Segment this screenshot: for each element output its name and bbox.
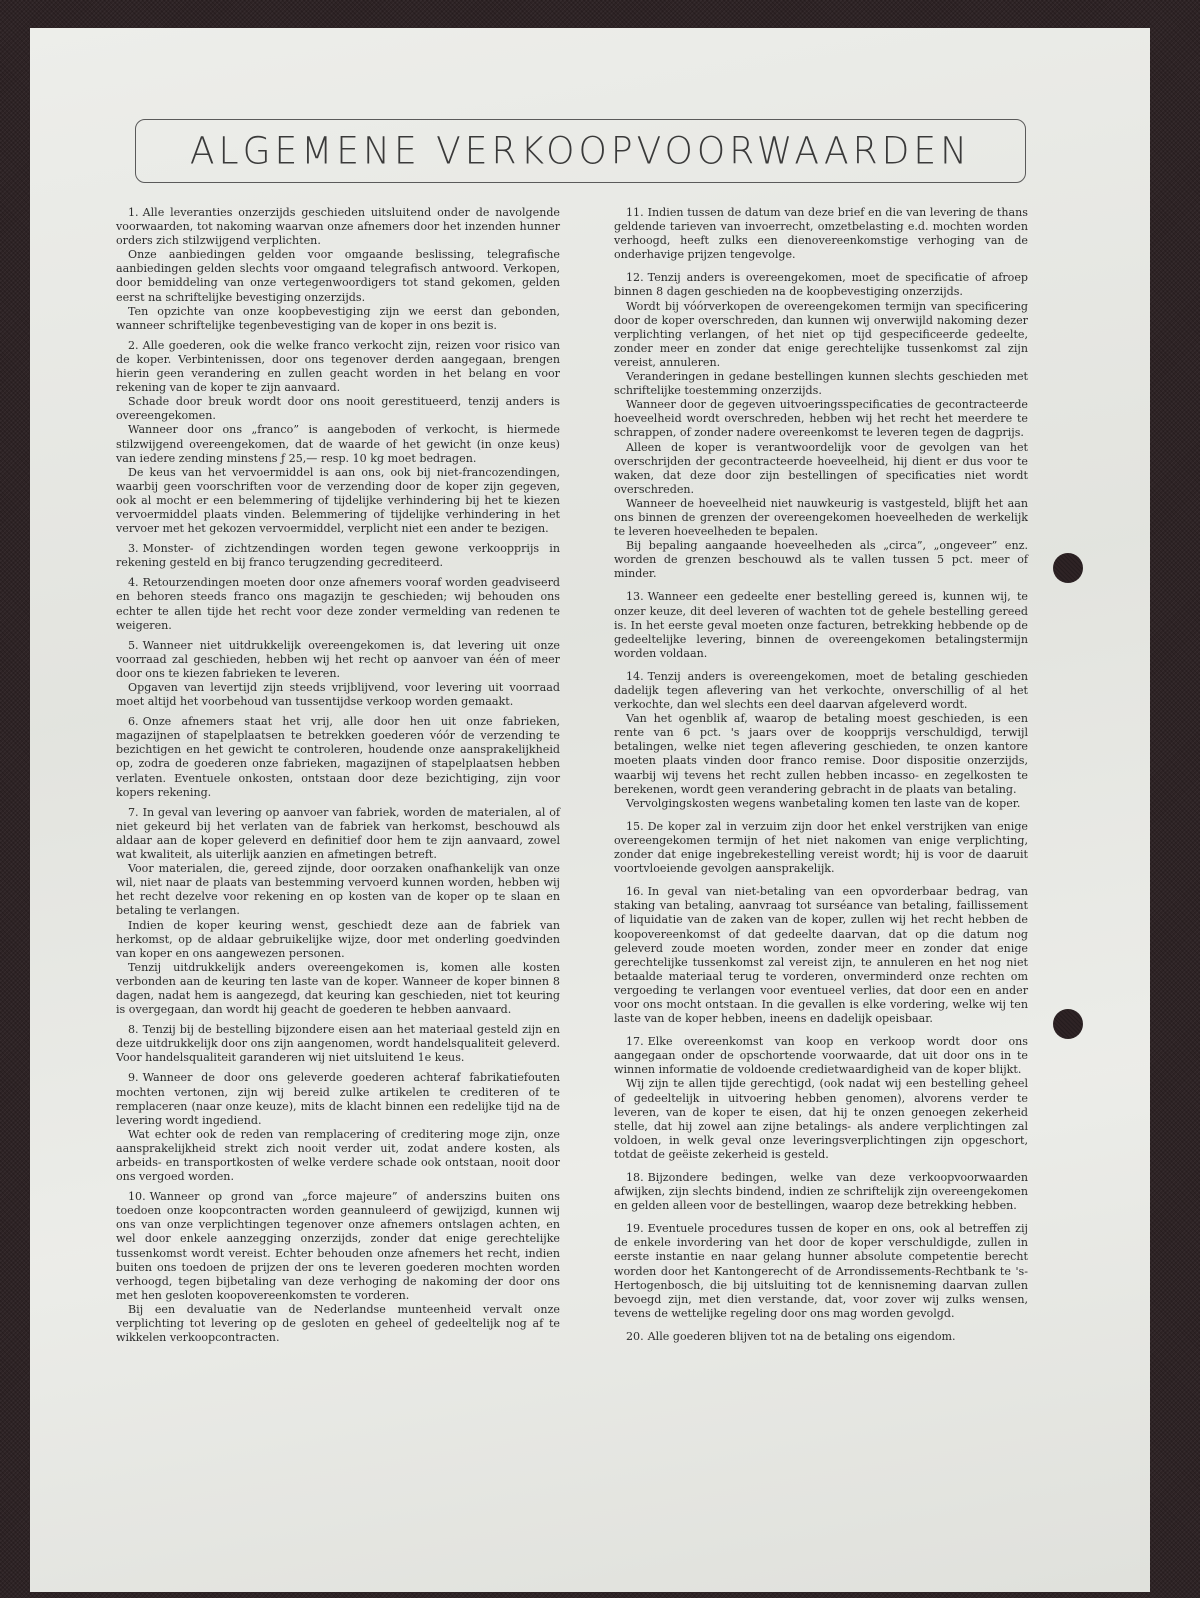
article-3: 3.Monster- of zichtzendingen worden tege… — [116, 542, 560, 570]
article-number: 2. — [128, 339, 139, 352]
article-11: 11.Indien tussen de datum van deze brief… — [614, 206, 1028, 262]
article-number: 8. — [128, 1023, 139, 1036]
article-number: 15. — [626, 820, 644, 833]
page-title: ALGEMENE VERKOOPVOORWAARDEN — [190, 129, 971, 172]
article-paragraph: 3.Monster- of zichtzendingen worden tege… — [116, 542, 560, 570]
article-paragraph: Bij bepaling aangaande hoeveelheden als … — [614, 539, 1028, 581]
article-paragraph: 14.Tenzij anders is overeengekomen, moet… — [614, 670, 1028, 712]
article-20: 20.Alle goederen blijven tot na de betal… — [614, 1330, 1028, 1344]
title-frame: ALGEMENE VERKOOPVOORWAARDEN — [135, 119, 1026, 183]
article-number: 1. — [128, 206, 139, 219]
article-7: 7.In geval van levering op aanvoer van f… — [116, 806, 560, 1017]
punch-hole — [1053, 1009, 1083, 1039]
article-paragraph: 8.Tenzij bij de bestelling bijzondere ei… — [116, 1023, 560, 1065]
article-number: 13. — [626, 590, 644, 603]
article-14: 14.Tenzij anders is overeengekomen, moet… — [614, 670, 1028, 811]
article-paragraph: 13.Wanneer een gedeelte ener bestelling … — [614, 590, 1028, 660]
article-paragraph: Wanneer door ons „franco” is aangeboden … — [116, 423, 560, 465]
article-17: 17.Elke overeenkomst van koop en verkoop… — [614, 1035, 1028, 1162]
article-paragraph: De keus van het vervoermiddel is aan ons… — [116, 466, 560, 536]
article-18: 18.Bijzondere bedingen, welke van deze v… — [614, 1171, 1028, 1213]
article-19: 19.Eventuele procedures tussen de koper … — [614, 1222, 1028, 1321]
article-number: 9. — [128, 1071, 139, 1084]
article-2: 2.Alle goederen, ook die welke franco ve… — [116, 339, 560, 536]
left-column: 1.Alle leveranties onzerzijds geschieden… — [116, 206, 560, 1351]
article-paragraph: 20.Alle goederen blijven tot na de betal… — [614, 1330, 1028, 1344]
article-9: 9.Wanneer de door ons geleverde goederen… — [116, 1071, 560, 1184]
article-paragraph: Tenzij uitdrukkelijk anders overeengekom… — [116, 961, 560, 1017]
article-paragraph: Wordt bij vóórverkopen de overeengekomen… — [614, 300, 1028, 370]
article-number: 5. — [128, 639, 139, 652]
article-paragraph: 18.Bijzondere bedingen, welke van deze v… — [614, 1171, 1028, 1213]
article-paragraph: 7.In geval van levering op aanvoer van f… — [116, 806, 560, 862]
article-10: 10.Wanneer op grond van „force majeure” … — [116, 1190, 560, 1345]
article-number: 10. — [128, 1190, 146, 1203]
article-16: 16.In geval van niet-betaling van een op… — [614, 885, 1028, 1026]
article-number: 12. — [626, 271, 644, 284]
article-paragraph: Veranderingen in gedane bestellingen kun… — [614, 370, 1028, 398]
article-paragraph: Alleen de koper is verantwoordelijk voor… — [614, 441, 1028, 497]
article-paragraph: Wij zijn te allen tijde gerechtigd, (ook… — [614, 1077, 1028, 1162]
article-4: 4.Retourzendingen moeten door onze afnem… — [116, 576, 560, 632]
article-paragraph: 9.Wanneer de door ons geleverde goederen… — [116, 1071, 560, 1127]
article-1: 1.Alle leveranties onzerzijds geschieden… — [116, 206, 560, 333]
article-paragraph: Bij een devaluatie van de Nederlandse mu… — [116, 1303, 560, 1345]
article-paragraph: 10.Wanneer op grond van „force majeure” … — [116, 1190, 560, 1303]
article-number: 16. — [626, 885, 644, 898]
article-number: 18. — [626, 1171, 644, 1184]
article-paragraph: Voor materialen, die, gereed zijnde, doo… — [116, 862, 560, 918]
article-paragraph: Opgaven van levertijd zijn steeds vrijbl… — [116, 681, 560, 709]
article-13: 13.Wanneer een gedeelte ener bestelling … — [614, 590, 1028, 660]
article-6: 6.Onze afnemers staat het vrij, alle doo… — [116, 715, 560, 800]
article-15: 15.De koper zal in verzuim zijn door het… — [614, 820, 1028, 876]
article-number: 19. — [626, 1222, 644, 1235]
article-paragraph: 2.Alle goederen, ook die welke franco ve… — [116, 339, 560, 395]
article-paragraph: 11.Indien tussen de datum van deze brief… — [614, 206, 1028, 262]
article-number: 4. — [128, 576, 139, 589]
article-number: 7. — [128, 806, 139, 819]
article-paragraph: 16.In geval van niet-betaling van een op… — [614, 885, 1028, 1026]
article-paragraph: Ten opzichte van onze koopbevestiging zi… — [116, 305, 560, 333]
article-number: 17. — [626, 1035, 644, 1048]
article-number: 20. — [626, 1330, 644, 1343]
article-12: 12.Tenzij anders is overeengekomen, moet… — [614, 271, 1028, 581]
article-paragraph: 12.Tenzij anders is overeengekomen, moet… — [614, 271, 1028, 299]
article-paragraph: 15.De koper zal in verzuim zijn door het… — [614, 820, 1028, 876]
article-paragraph: 1.Alle leveranties onzerzijds geschieden… — [116, 206, 560, 248]
right-column: 11.Indien tussen de datum van deze brief… — [614, 206, 1028, 1353]
article-number: 3. — [128, 542, 139, 555]
article-number: 6. — [128, 715, 139, 728]
article-paragraph: 6.Onze afnemers staat het vrij, alle doo… — [116, 715, 560, 800]
article-paragraph: Wanneer door de gegeven uitvoeringsspeci… — [614, 398, 1028, 440]
article-paragraph: Van het ogenblik af, waarop de betaling … — [614, 712, 1028, 797]
article-paragraph: Indien de koper keuring wenst, geschiedt… — [116, 919, 560, 961]
punch-hole — [1053, 553, 1083, 583]
article-paragraph: Wanneer de hoeveelheid niet nauwkeurig i… — [614, 497, 1028, 539]
article-paragraph: Onze aanbiedingen gelden voor omgaande b… — [116, 248, 560, 304]
article-paragraph: Vervolgingskosten wegens wanbetaling kom… — [614, 797, 1028, 811]
article-8: 8.Tenzij bij de bestelling bijzondere ei… — [116, 1023, 560, 1065]
article-paragraph: 19.Eventuele procedures tussen de koper … — [614, 1222, 1028, 1321]
article-paragraph: Wat echter ook de reden van remplacering… — [116, 1128, 560, 1184]
article-paragraph: 5.Wanneer niet uitdrukkelijk overeengeko… — [116, 639, 560, 681]
article-paragraph: Schade door breuk wordt door ons nooit g… — [116, 395, 560, 423]
article-number: 11. — [626, 206, 644, 219]
article-5: 5.Wanneer niet uitdrukkelijk overeengeko… — [116, 639, 560, 709]
article-paragraph: 17.Elke overeenkomst van koop en verkoop… — [614, 1035, 1028, 1077]
article-number: 14. — [626, 670, 644, 683]
article-paragraph: 4.Retourzendingen moeten door onze afnem… — [116, 576, 560, 632]
